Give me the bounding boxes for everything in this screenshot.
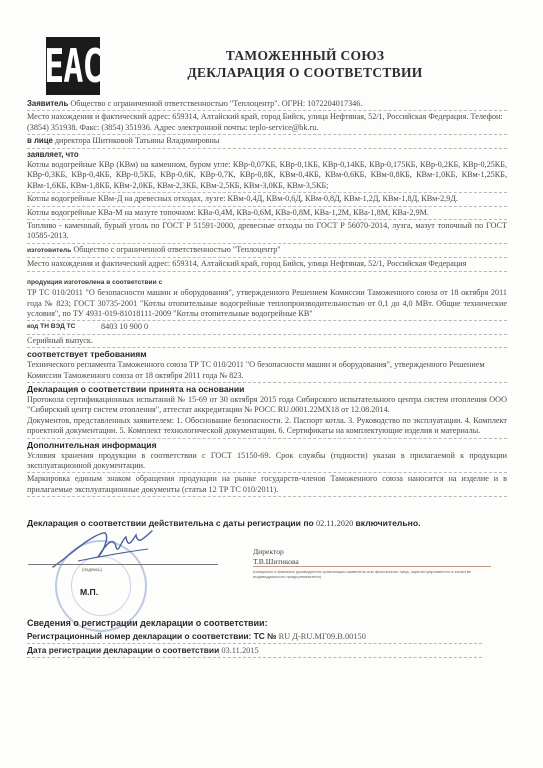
product-fuel: Топливо - каменный, бурый уголь по ГОСТ …	[27, 221, 507, 244]
registration-block: Регистрационный номер декларации о соотв…	[27, 631, 482, 659]
declaration-body: Заявитель Общество с ограниченной ответс…	[27, 99, 507, 498]
validity-suffix: включительно.	[356, 518, 421, 528]
manufacturer-row: изготовитель Общество с ограниченной отв…	[27, 245, 507, 258]
registration-number-row: Регистрационный номер декларации о соотв…	[27, 631, 482, 644]
registration-title: Сведения о регистрации декларации о соот…	[27, 618, 268, 628]
declares-row: заявляет, что	[27, 150, 507, 160]
basis-documents: Документов, представленных заявителем: 1…	[27, 416, 507, 439]
applicant-label: Заявитель	[27, 99, 68, 108]
product-kva-m: Котлы водогрейные КВа-М на мазуте топочн…	[27, 208, 507, 220]
produced-per-value: ТР ТС 010/2011 "О безопасности машин и о…	[27, 288, 507, 321]
registration-date-value: 03.11.2015	[221, 646, 258, 655]
header-title: ДЕКЛАРАЦИЯ О СООТВЕТСТВИИ	[120, 64, 490, 81]
additional-storage: Условия хранения продукции в соответстви…	[27, 451, 507, 474]
validity-date: 02.11.2020	[316, 519, 353, 528]
registration-date-label: Дата регистрации декларации о соответств…	[27, 645, 219, 655]
registration-number-label: Регистрационный номер декларации о соотв…	[27, 631, 276, 641]
registration-number-value: RU Д-RU.МГ09.В.00150	[279, 632, 366, 641]
produced-per-label-row: продукция изготовлена в соответствии с	[27, 277, 507, 288]
stamp-label: М.П.	[80, 587, 98, 597]
represented-label: в лице	[27, 136, 53, 145]
conforms-label: соответствует требованиям	[27, 349, 507, 360]
tn-ved-value: 8403 10 900 0	[101, 322, 148, 332]
basis-label: Декларация о соответствии принята на осн…	[27, 384, 507, 395]
basis-protocol: Протокола сертификационных испытаний № 1…	[27, 395, 507, 416]
eac-logo-text: EAC	[44, 43, 102, 89]
document-header: ТАМОЖЕННЫЙ СОЮЗ ДЕКЛАРАЦИЯ О СООТВЕТСТВИ…	[120, 47, 490, 81]
director-line	[253, 566, 491, 567]
manufacturer-label: изготовитель	[27, 247, 71, 254]
applicant-value: Общество с ограниченной ответственностью…	[70, 99, 362, 108]
registration-date-row: Дата регистрации декларации о соответств…	[27, 645, 482, 658]
header-union: ТАМОЖЕННЫЙ СОЮЗ	[120, 47, 490, 64]
applicant-row: Заявитель Общество с ограниченной ответс…	[27, 99, 507, 111]
declaration-page: EAC ТАМОЖЕННЫЙ СОЮЗ ДЕКЛАРАЦИЯ О СООТВЕТ…	[0, 0, 543, 768]
director-position: Директор	[253, 547, 299, 557]
produced-per-label: продукция изготовлена в соответствии с	[27, 279, 162, 286]
applicant-address: Место нахождения и фактический адрес: 65…	[27, 112, 507, 135]
product-kvm-d: Котлы водогрейные КВм-Д на древесных отх…	[27, 194, 507, 206]
additional-marking: Маркировка единым знаком обращения проду…	[27, 474, 507, 497]
declares-label: заявляет, что	[27, 150, 79, 159]
director-name: Т.В.Шитикова	[253, 557, 299, 567]
director-caption: (инициалы и фамилия руководителя организ…	[253, 569, 491, 579]
manufacturer-value: Общество с ограниченной ответственностью…	[73, 245, 280, 254]
manufacturer-address: Место нахождения и фактический адрес: 65…	[27, 259, 507, 271]
signature-line	[28, 564, 218, 565]
director-block: Директор Т.В.Шитикова	[253, 547, 299, 566]
represented-value: директора Шитиковой Татьяны Владимировны	[55, 136, 220, 145]
product-kvr: Котлы водогрейные КВр (КВм) на каменном,…	[27, 160, 507, 193]
release-row: Серийный выпуск.	[27, 336, 507, 348]
conforms-value: Технического регламента Таможенного союз…	[27, 360, 507, 383]
tn-ved-label: код ТН ВЭД ТС	[27, 322, 101, 332]
represented-row: в лице директора Шитиковой Татьяны Влади…	[27, 136, 507, 148]
signature-caption: (подпись)	[82, 567, 102, 572]
signature-mark	[48, 527, 158, 575]
tn-ved-row: код ТН ВЭД ТС 8403 10 900 0	[27, 322, 507, 334]
additional-label: Дополнительная информация	[27, 440, 507, 451]
eac-logo: EAC	[46, 37, 100, 95]
